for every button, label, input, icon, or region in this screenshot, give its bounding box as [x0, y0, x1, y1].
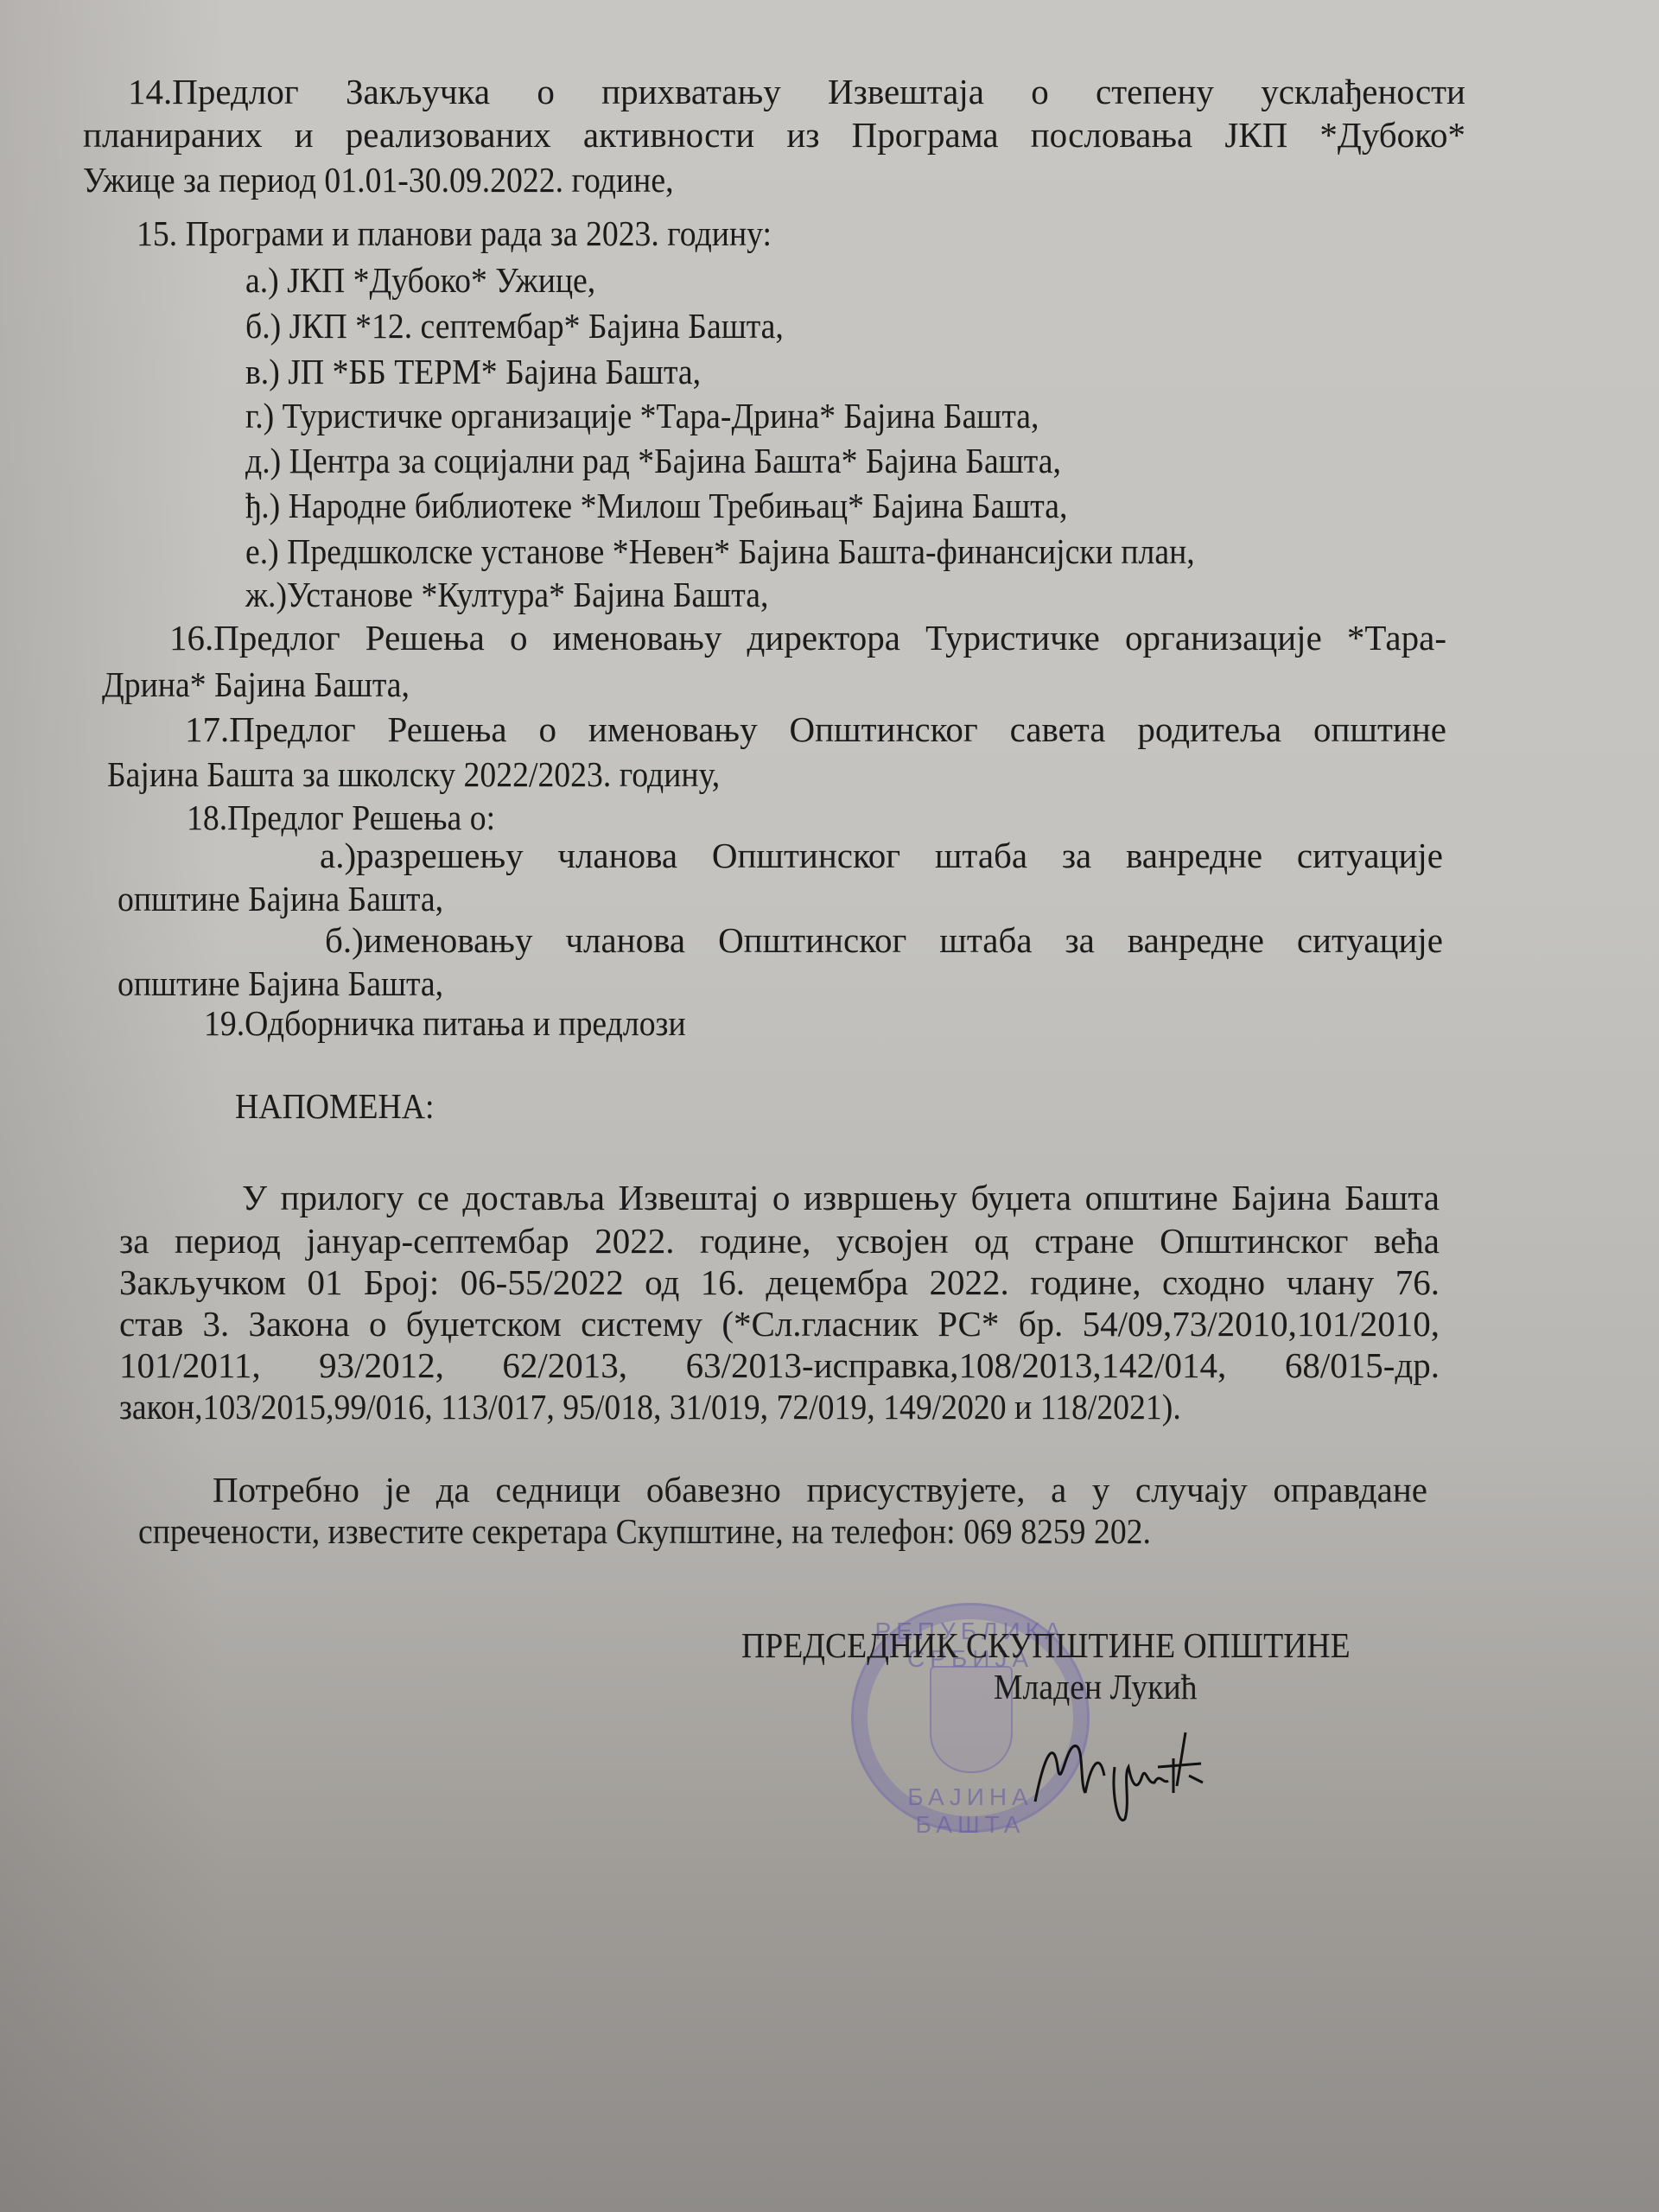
item-14-line-3: Ужице за период 01.01-30.09.2022. године… [83, 159, 674, 200]
page-shadow [0, 0, 225, 2212]
note-line-1: У прилогу се доставља Извештај о извршењ… [242, 1177, 1440, 1218]
item-14-line-1: 14.Предлог Закључка о прихватању Извешта… [128, 71, 1465, 112]
item-15-title: 15. Програми и планови рада за 2023. год… [137, 213, 772, 254]
item-16-line-1: 16.Предлог Решења о именовању директора … [169, 617, 1446, 658]
item-16-line-2: Дрина* Бајина Башта, [102, 664, 410, 705]
item-19: 19.Одборничка питања и предлози [204, 1002, 686, 1044]
item-15-sub-g: г.) Туристичке организације *Тара-Дрина*… [245, 395, 1039, 436]
item-15-sub-e: е.) Предшколске установе *Невен* Бајина … [245, 531, 1195, 572]
handwritten-signature-icon [1028, 1715, 1287, 1836]
note-line-6: закон,103/2015,99/016, 113/017, 95/018, … [119, 1386, 1181, 1427]
item-15-sub-dj: ђ.) Народне библиотеке *Милош Требињац* … [245, 485, 1067, 526]
item-15-sub-d: д.) Центра за социјални рад *Бајина Башт… [245, 440, 1061, 481]
item-18-title: 18.Предлог Решења о: [187, 797, 495, 838]
item-14-line-2: планираних и реализованих активности из … [83, 114, 1465, 156]
note-heading: НАПОМЕНА: [235, 1085, 435, 1127]
item-15-sub-zh: ж.)Установе *Култура* Бајина Башта, [245, 574, 768, 615]
item-18-b-line-1: б.)именовању чланова Општинског штаба за… [325, 919, 1443, 961]
signatory-name: Младен Лукић [994, 1666, 1198, 1707]
attendance-line-1: Потребно је да седници обавезно присуств… [213, 1469, 1427, 1510]
item-18-a-line-1: а.)разрешењу чланова Општинског штаба за… [320, 835, 1443, 876]
attendance-line-2: спречености, известите секретара Скупшти… [138, 1510, 1151, 1552]
item-17-line-2: Бајина Башта за школску 2022/2023. годин… [107, 753, 720, 795]
signature-title: ПРЕДСЕДНИК СКУПШТИНЕ ОПШТИНЕ [741, 1624, 1351, 1666]
item-15-sub-a: а.) ЈКП *Дубоко* Ужице, [245, 259, 595, 301]
item-18-a-line-2: општине Бајина Башта, [118, 878, 443, 919]
item-18-b-line-2: општине Бајина Башта, [118, 963, 443, 1004]
item-17-line-1: 17.Предлог Решења о именовању Општинског… [185, 709, 1446, 750]
note-line-3: Закључком 01 Број: 06-55/2022 од 16. дец… [119, 1262, 1440, 1303]
item-15-sub-v: в.) ЈП *ББ ТЕРМ* Бајина Башта, [245, 351, 701, 392]
note-line-5: 101/2011, 93/2012, 62/2013, 63/2013-испр… [119, 1344, 1440, 1386]
note-line-4: став 3. Закона о буџетском систему (*Сл.… [119, 1303, 1440, 1344]
scanned-document-page: 14.Предлог Закључка о прихватању Извешта… [0, 0, 1659, 2212]
note-line-2: за период јануар-септембар 2022. године,… [119, 1220, 1440, 1262]
item-15-sub-b: б.) ЈКП *12. септембар* Бајина Башта, [245, 305, 784, 346]
